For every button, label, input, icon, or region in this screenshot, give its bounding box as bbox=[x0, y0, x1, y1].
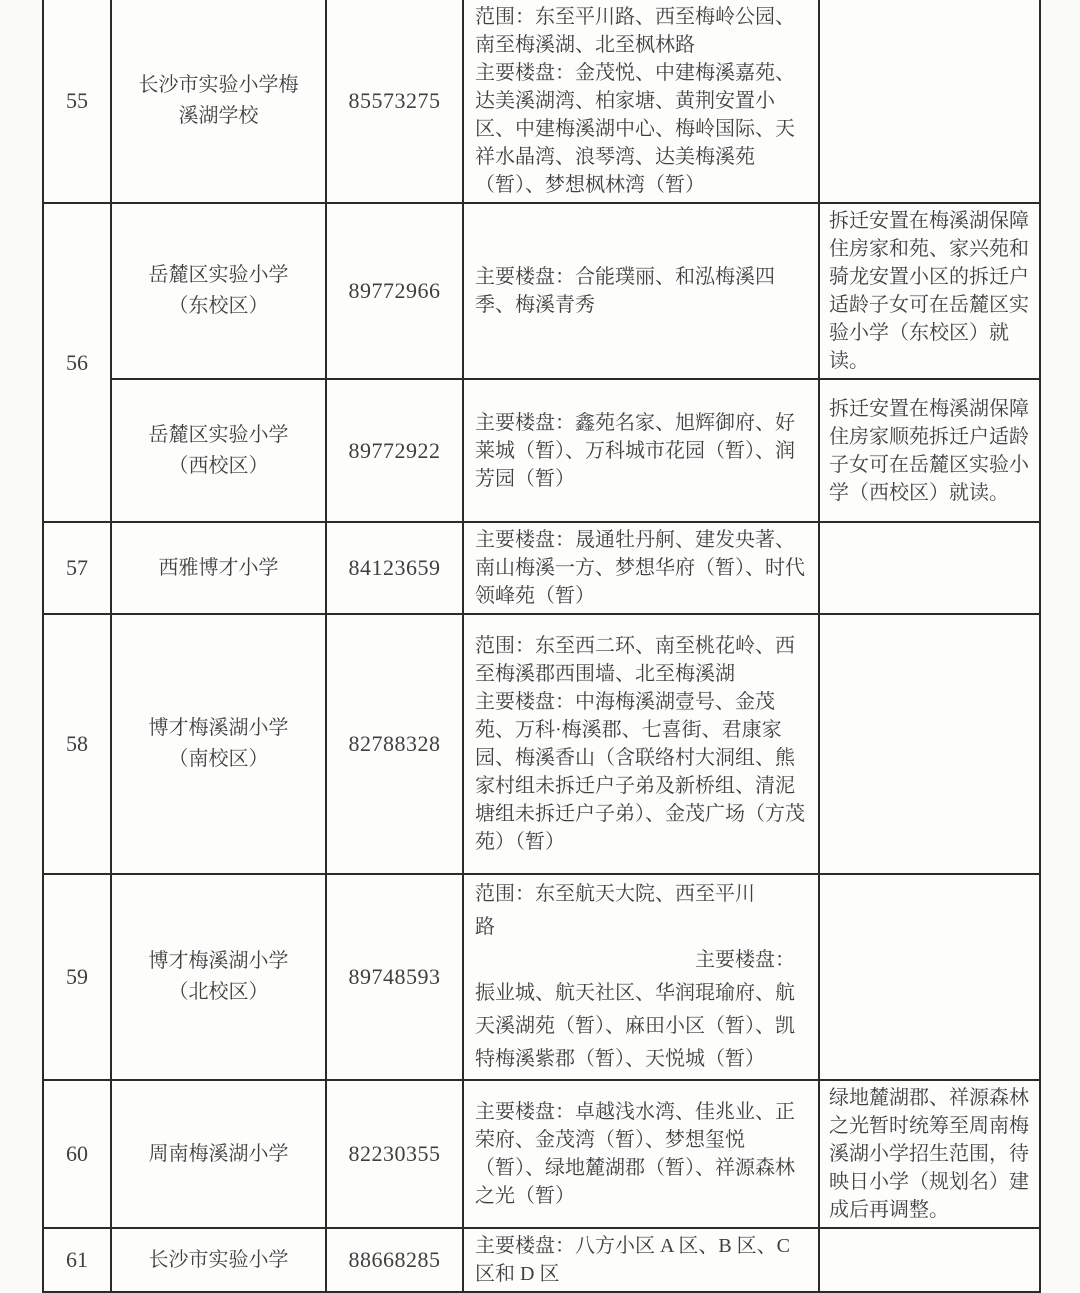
phone-number: 82230355 bbox=[326, 1080, 463, 1228]
scope-text: 范围：东至西二环、南至桃花岭、西至梅溪郡西围墙、北至梅溪湖 主要楼盘：中海梅溪湖… bbox=[475, 632, 809, 856]
scope-cell: 主要楼盘：晟通牡丹舸、建发央著、南山梅溪一方、梦想华府（暂）、时代领峰苑（暂） bbox=[463, 522, 819, 614]
note-cell: 拆迁安置在梅溪湖保障住房家顺苑拆迁户适龄子女可在岳麓区实验小学（西校区）就读。 bbox=[819, 379, 1040, 522]
row-number: 55 bbox=[43, 0, 111, 203]
phone-number: 89772922 bbox=[326, 379, 463, 522]
scope-label: 主要楼盘： bbox=[475, 944, 809, 977]
school-name: 博才梅溪湖小学 （北校区） bbox=[111, 874, 326, 1080]
scope-text: 主要楼盘：鑫苑名家、旭辉御府、好莱城（暂）、万科城市花园（暂）、润芳园（暂） bbox=[475, 409, 809, 493]
table-row: 57 西雅博才小学 84123659 主要楼盘：晟通牡丹舸、建发央著、南山梅溪一… bbox=[43, 522, 1040, 614]
scope-cell: 范围：东至航天大院、西至平川 路 主要楼盘： 振业城、航天社区、华润琨瑜府、航天… bbox=[463, 874, 819, 1080]
scope-cell: 范围：东至平川路、西至梅岭公园、南至梅溪湖、北至枫林路 主要楼盘：金茂悦、中建梅… bbox=[463, 0, 819, 203]
table-row: 58 博才梅溪湖小学 （南校区） 82788328 范围：东至西二环、南至桃花岭… bbox=[43, 614, 1040, 874]
scope-cell: 主要楼盘：八方小区 A 区、B 区、C 区和 D 区 bbox=[463, 1228, 819, 1292]
scope-cell: 主要楼盘：鑫苑名家、旭辉御府、好莱城（暂）、万科城市花园（暂）、润芳园（暂） bbox=[463, 379, 819, 522]
school-name: 博才梅溪湖小学 （南校区） bbox=[111, 614, 326, 874]
school-name: 岳麓区实验小学 （西校区） bbox=[111, 379, 326, 522]
table-row: 岳麓区实验小学 （西校区） 89772922 主要楼盘：鑫苑名家、旭辉御府、好莱… bbox=[43, 379, 1040, 522]
row-number: 59 bbox=[43, 874, 111, 1080]
phone-number: 84123659 bbox=[326, 522, 463, 614]
document-page: 55 长沙市实验小学梅 溪湖学校 85573275 范围：东至平川路、西至梅岭公… bbox=[0, 0, 1080, 1293]
row-number: 58 bbox=[43, 614, 111, 874]
scope-cell: 主要楼盘：合能璞丽、和泓梅溪四季、梅溪青秀 bbox=[463, 203, 819, 379]
scope-text: 主要楼盘：合能璞丽、和泓梅溪四季、梅溪青秀 bbox=[475, 263, 809, 319]
row-number: 61 bbox=[43, 1228, 111, 1292]
scope-range-text: 范围：东至航天大院、西至平川 路 bbox=[475, 878, 809, 944]
note-text: 拆迁安置在梅溪湖保障住房家和苑、家兴苑和骑龙安置小区的拆迁户适龄子女可在岳麓区实… bbox=[829, 207, 1032, 375]
scope-text: 主要楼盘：晟通牡丹舸、建发央著、南山梅溪一方、梦想华府（暂）、时代领峰苑（暂） bbox=[475, 526, 809, 610]
note-cell bbox=[819, 874, 1040, 1080]
table-row: 55 长沙市实验小学梅 溪湖学校 85573275 范围：东至平川路、西至梅岭公… bbox=[43, 0, 1040, 203]
school-name: 长沙市实验小学梅 溪湖学校 bbox=[111, 0, 326, 203]
school-name: 周南梅溪湖小学 bbox=[111, 1080, 326, 1228]
note-text: 绿地麓湖郡、祥源森林之光暂时统筹至周南梅溪湖小学招生范围，待映日小学（规划名）建… bbox=[829, 1084, 1032, 1224]
school-name: 长沙市实验小学 bbox=[111, 1228, 326, 1292]
note-cell: 绿地麓湖郡、祥源森林之光暂时统筹至周南梅溪湖小学招生范围，待映日小学（规划名）建… bbox=[819, 1080, 1040, 1228]
note-text: 拆迁安置在梅溪湖保障住房家顺苑拆迁户适龄子女可在岳麓区实验小学（西校区）就读。 bbox=[829, 395, 1032, 507]
phone-number: 85573275 bbox=[326, 0, 463, 203]
table-row: 59 博才梅溪湖小学 （北校区） 89748593 范围：东至航天大院、西至平川… bbox=[43, 874, 1040, 1080]
note-cell bbox=[819, 522, 1040, 614]
phone-number: 89772966 bbox=[326, 203, 463, 379]
phone-number: 89748593 bbox=[326, 874, 463, 1080]
table-row: 56 岳麓区实验小学 （东校区） 89772966 主要楼盘：合能璞丽、和泓梅溪… bbox=[43, 203, 1040, 379]
school-district-table: 55 长沙市实验小学梅 溪湖学校 85573275 范围：东至平川路、西至梅岭公… bbox=[42, 0, 1041, 1293]
note-cell bbox=[819, 614, 1040, 874]
scope-estates-text: 振业城、航天社区、华润琨瑜府、航天溪湖苑（暂）、麻田小区（暂）、凯特梅溪紫郡（暂… bbox=[475, 977, 809, 1076]
scope-cell: 范围：东至西二环、南至桃花岭、西至梅溪郡西围墙、北至梅溪湖 主要楼盘：中海梅溪湖… bbox=[463, 614, 819, 874]
note-cell bbox=[819, 1228, 1040, 1292]
phone-number: 82788328 bbox=[326, 614, 463, 874]
scope-cell: 主要楼盘：卓越浅水湾、佳兆业、正荣府、金茂湾（暂）、梦想玺悦（暂）、绿地麓湖郡（… bbox=[463, 1080, 819, 1228]
row-number: 60 bbox=[43, 1080, 111, 1228]
school-name: 西雅博才小学 bbox=[111, 522, 326, 614]
table-row: 61 长沙市实验小学 88668285 主要楼盘：八方小区 A 区、B 区、C … bbox=[43, 1228, 1040, 1292]
scope-text: 主要楼盘：卓越浅水湾、佳兆业、正荣府、金茂湾（暂）、梦想玺悦（暂）、绿地麓湖郡（… bbox=[475, 1098, 809, 1210]
school-name: 岳麓区实验小学 （东校区） bbox=[111, 203, 326, 379]
row-number: 57 bbox=[43, 522, 111, 614]
note-cell bbox=[819, 0, 1040, 203]
scope-text: 范围：东至平川路、西至梅岭公园、南至梅溪湖、北至枫林路 主要楼盘：金茂悦、中建梅… bbox=[475, 3, 809, 199]
scope-text: 主要楼盘：八方小区 A 区、B 区、C 区和 D 区 bbox=[475, 1232, 809, 1288]
note-cell: 拆迁安置在梅溪湖保障住房家和苑、家兴苑和骑龙安置小区的拆迁户适龄子女可在岳麓区实… bbox=[819, 203, 1040, 379]
phone-number: 88668285 bbox=[326, 1228, 463, 1292]
table-row: 60 周南梅溪湖小学 82230355 主要楼盘：卓越浅水湾、佳兆业、正荣府、金… bbox=[43, 1080, 1040, 1228]
row-number: 56 bbox=[43, 203, 111, 522]
